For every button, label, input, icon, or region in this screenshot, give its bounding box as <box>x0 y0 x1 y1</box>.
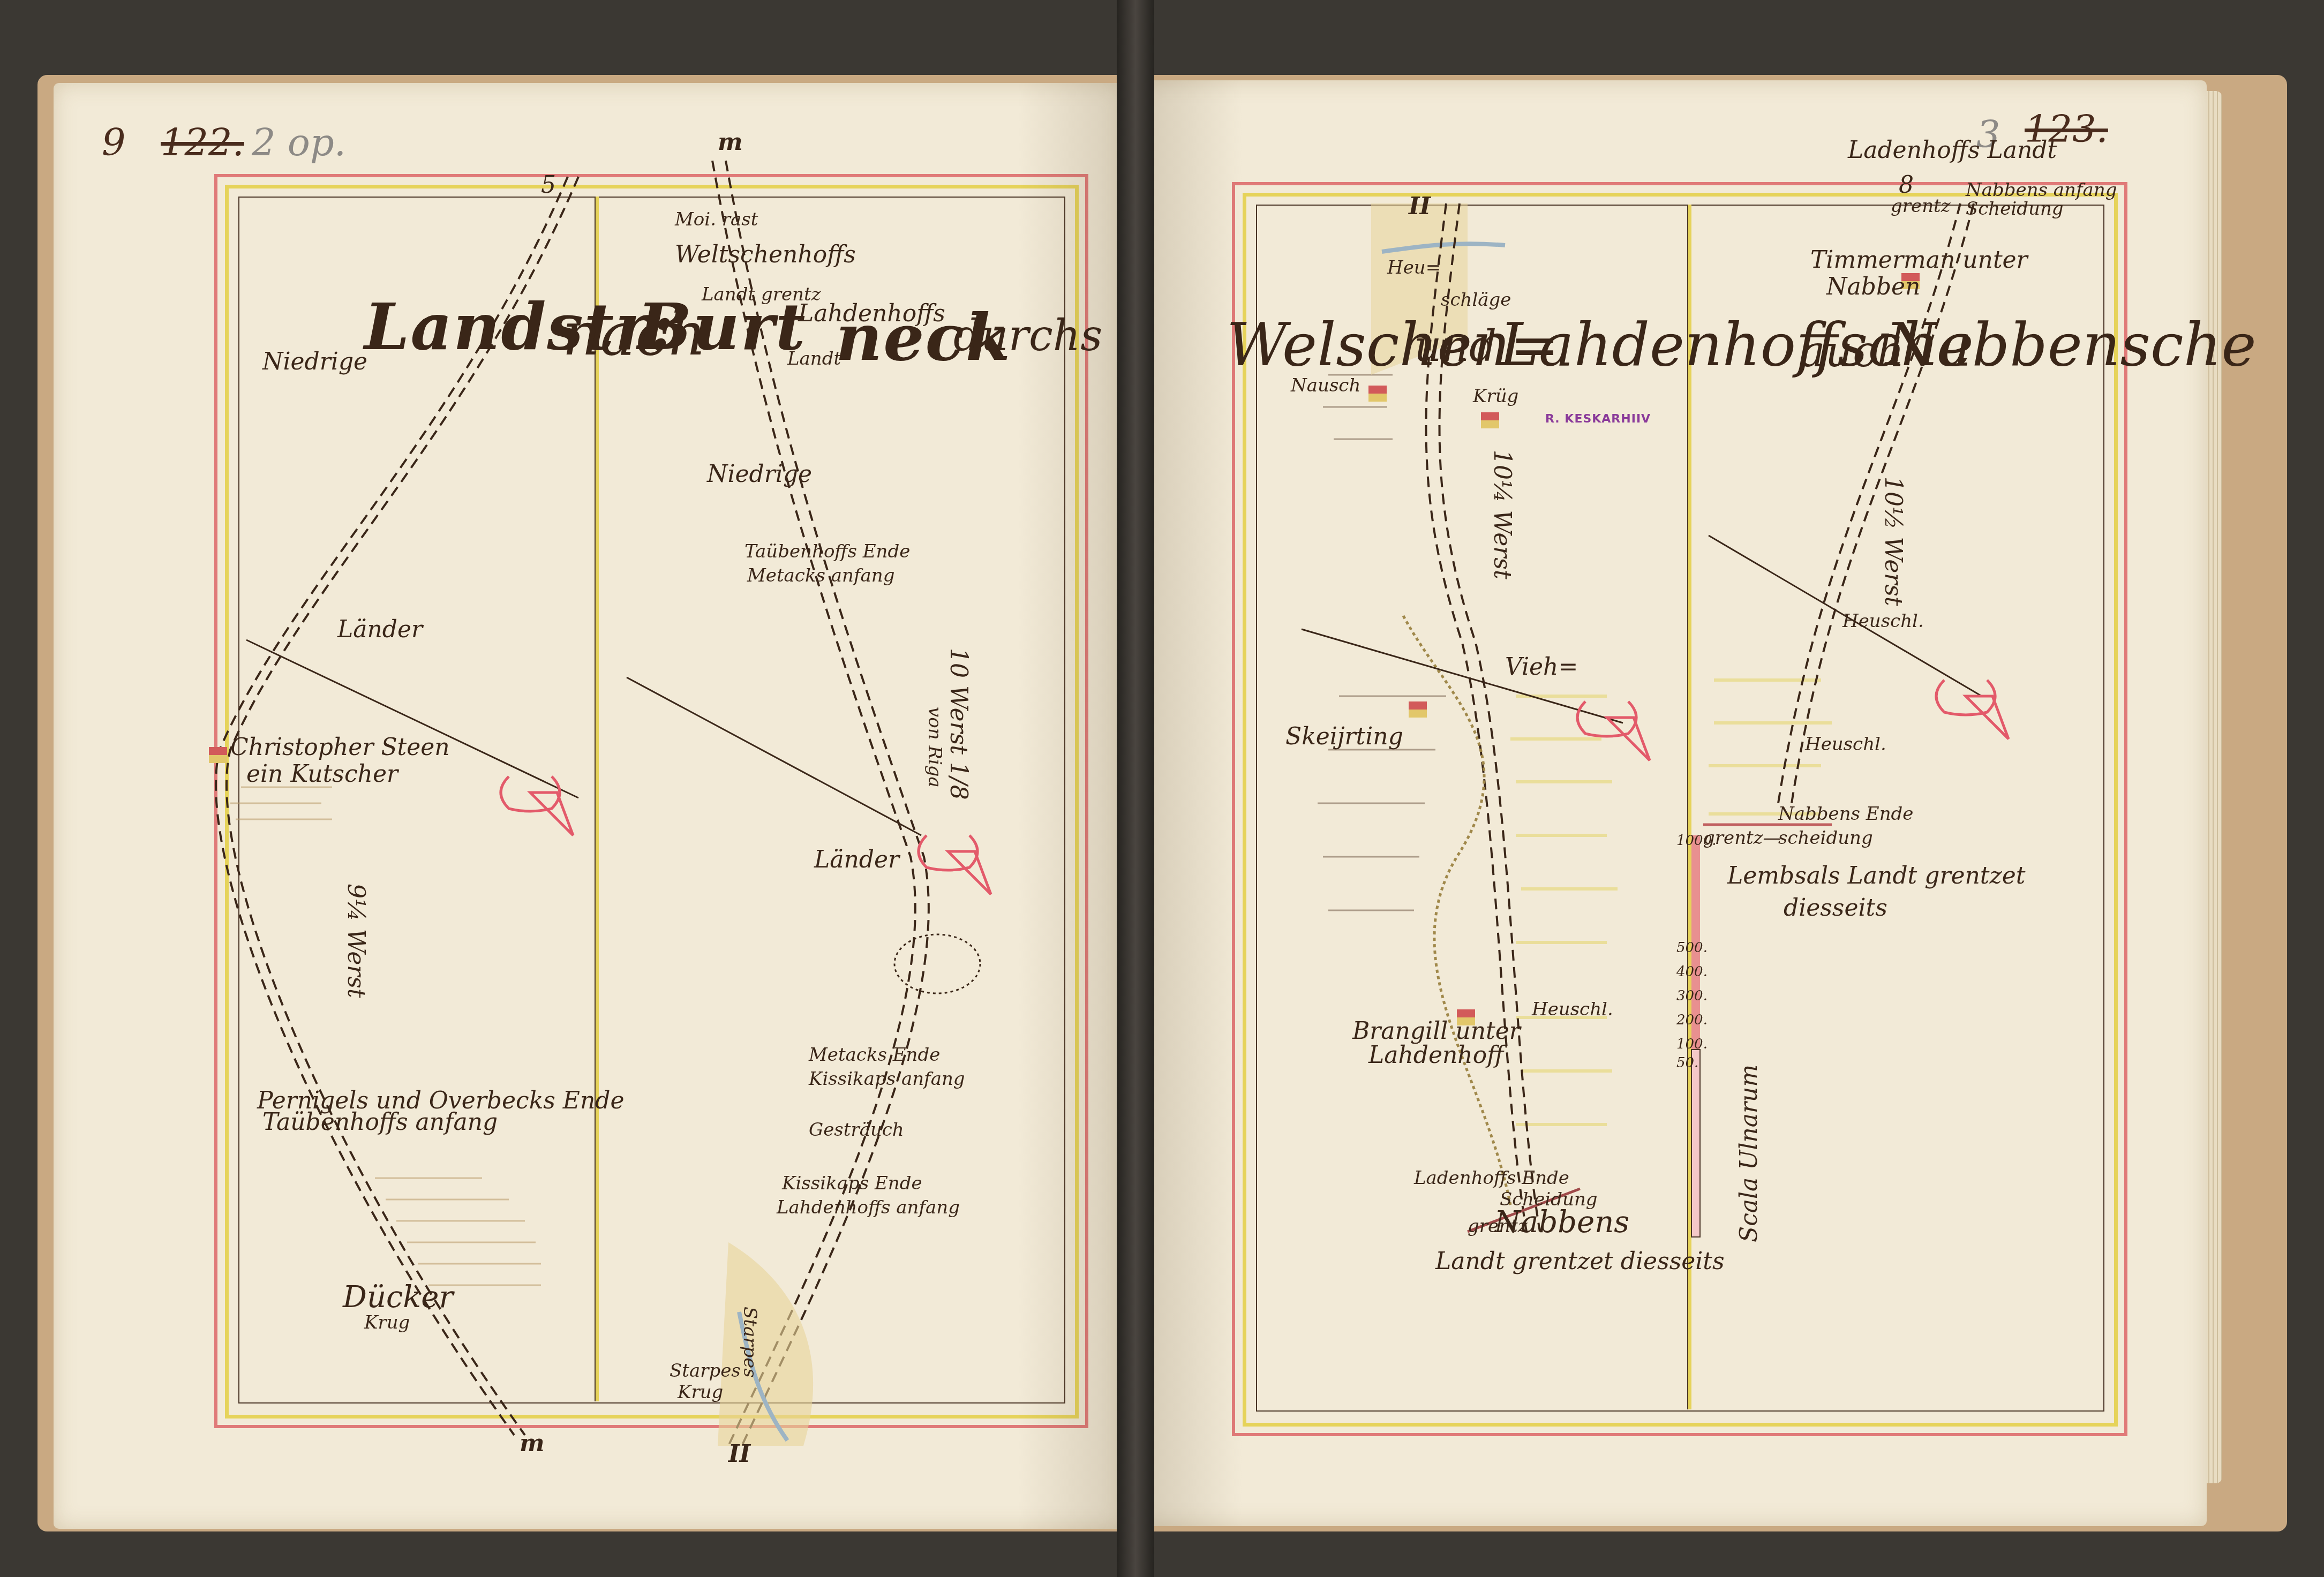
house-icon <box>209 747 227 763</box>
scale-tick: 400. <box>1676 964 1708 980</box>
compass-rose-left-2 <box>919 835 991 894</box>
compass-rose-right-2 <box>1936 680 2009 739</box>
label-von-riga: von Riga <box>924 707 945 788</box>
compass-rose-right-1 <box>1577 701 1650 760</box>
house-icon <box>1481 412 1499 428</box>
label-gestrauch: Gesträuch <box>809 1119 904 1141</box>
label-distance: 10½ Werst <box>1879 477 1907 606</box>
label-christopher-steen: Christopher Steen <box>230 734 450 761</box>
label-timmerman: Timmerman unter <box>1810 246 2028 274</box>
label-distance: 9¼ Werst <box>342 884 370 998</box>
title-part: Nabbensche <box>1885 311 2257 379</box>
archive-stamp: R. KESKARHIIV <box>1545 412 1651 426</box>
label-taubenhoffs-ende: Taübenhoffs Ende <box>744 541 910 562</box>
label-schlage: schläge <box>1441 289 1511 311</box>
label-diesseits: diesseits <box>1784 894 1887 922</box>
title-part: und <box>1414 321 1496 371</box>
label-nabbens: Nabbens <box>1494 1205 1629 1240</box>
label-distance: 10 Werst 1/8 <box>945 648 972 800</box>
label-starpes: Starpes <box>670 1360 741 1382</box>
scale-tick: 200. <box>1676 1012 1708 1028</box>
scale-title: Scala Ulnarum <box>1735 1065 1763 1242</box>
house-icon <box>1368 386 1387 402</box>
page-number: 122. <box>161 120 244 164</box>
label-lander: Länder <box>337 616 423 643</box>
section-mark: 8 <box>1899 171 1914 199</box>
label-krug: Krüg <box>1473 386 1518 407</box>
label-metacks-anfang: Metacks anfang <box>747 565 894 586</box>
label-weltschenhoffs: Weltschenhoffs <box>675 241 856 268</box>
label-nabbens-ende: Nabbens Ende <box>1778 803 1913 825</box>
label-taubenhoffs: Taübenhoffs anfang <box>262 1108 498 1136</box>
scale-tick: 1000. <box>1676 833 1716 849</box>
pencil-note: 2 op. <box>252 120 346 164</box>
house-icon <box>1409 701 1427 718</box>
label-ladenhoffs-landt: Ladenhoffs Landt <box>1848 137 2057 164</box>
label-grentz: grentz <box>1891 195 1951 217</box>
section-mark: m <box>718 129 743 156</box>
label-lander: Länder <box>814 846 899 873</box>
label-brangill: Brangill unter <box>1352 1017 1521 1045</box>
label-heuschlag: Heuschl. <box>1805 734 1886 755</box>
section-mark: II <box>1409 193 1431 220</box>
section-mark: II <box>728 1440 750 1468</box>
label-nausch: Nausch <box>1291 375 1360 396</box>
label-niedrige: Niedrige <box>262 348 367 375</box>
label-heuschlag: Heuschl. <box>1842 610 1924 632</box>
scale-tick: 50. <box>1676 1055 1698 1071</box>
label-kutscher: ein Kutscher <box>246 760 398 788</box>
title-part: durchs <box>953 311 1102 360</box>
folio-number: 9 <box>102 120 126 164</box>
label-river-starpes: Starpes <box>739 1307 761 1378</box>
label-landt-grentzet: Landt grentzet diesseits <box>1435 1248 1725 1275</box>
scale-tick: 100. <box>1676 1036 1708 1052</box>
label-lahdenhoffs-anfang: Lahdenhoffs anfang <box>777 1197 960 1218</box>
label-skeijrting: Skeijrting <box>1285 723 1403 750</box>
label-lahdenhoff: Lahdenhoff <box>1368 1042 1503 1069</box>
label-ladenhoffs-ende: Ladenhoffs Ende <box>1414 1167 1569 1189</box>
label-scheidung: scheidung <box>1778 827 1873 849</box>
label-niedrige: Niedrige <box>707 461 812 488</box>
section-mark: m <box>520 1430 545 1457</box>
compass-rose-left-1 <box>501 776 573 835</box>
label-kissikaps-ende: Kissikaps Ende <box>782 1173 922 1194</box>
label-scheidung: Scheidung <box>1966 198 2064 220</box>
label-lahdenhoffs: Lahdenhoffs <box>798 300 945 327</box>
label-heu: Heu= <box>1387 257 1441 278</box>
label-heuschlag: Heuschl. <box>1532 999 1613 1020</box>
label-nabben: Nabben <box>1826 273 1920 300</box>
section-mark: 5 <box>541 171 556 199</box>
label-krug: Krug <box>364 1312 410 1333</box>
label-krug: Krug <box>678 1382 723 1403</box>
label-distance: 10¼ Werst <box>1488 450 1516 579</box>
label-kissikaps-anfang: Kissikaps anfang <box>809 1068 965 1090</box>
scale-tick: 500. <box>1676 940 1708 956</box>
label-nabbens-anfang: Nabbens anfang <box>1966 179 2117 201</box>
label-vieh: Vieh= <box>1505 653 1578 681</box>
map-drawing <box>0 0 2324 1577</box>
label-ducker: Dücker <box>343 1280 453 1315</box>
label-moi-rast: Moi. rast <box>675 209 758 230</box>
scale-tick: 300. <box>1676 988 1708 1004</box>
label-lembsals: Lembsals Landt grentzet <box>1727 862 2025 889</box>
label-metacks-ende: Metacks Ende <box>809 1044 940 1066</box>
label-landt: Landt <box>787 348 841 369</box>
